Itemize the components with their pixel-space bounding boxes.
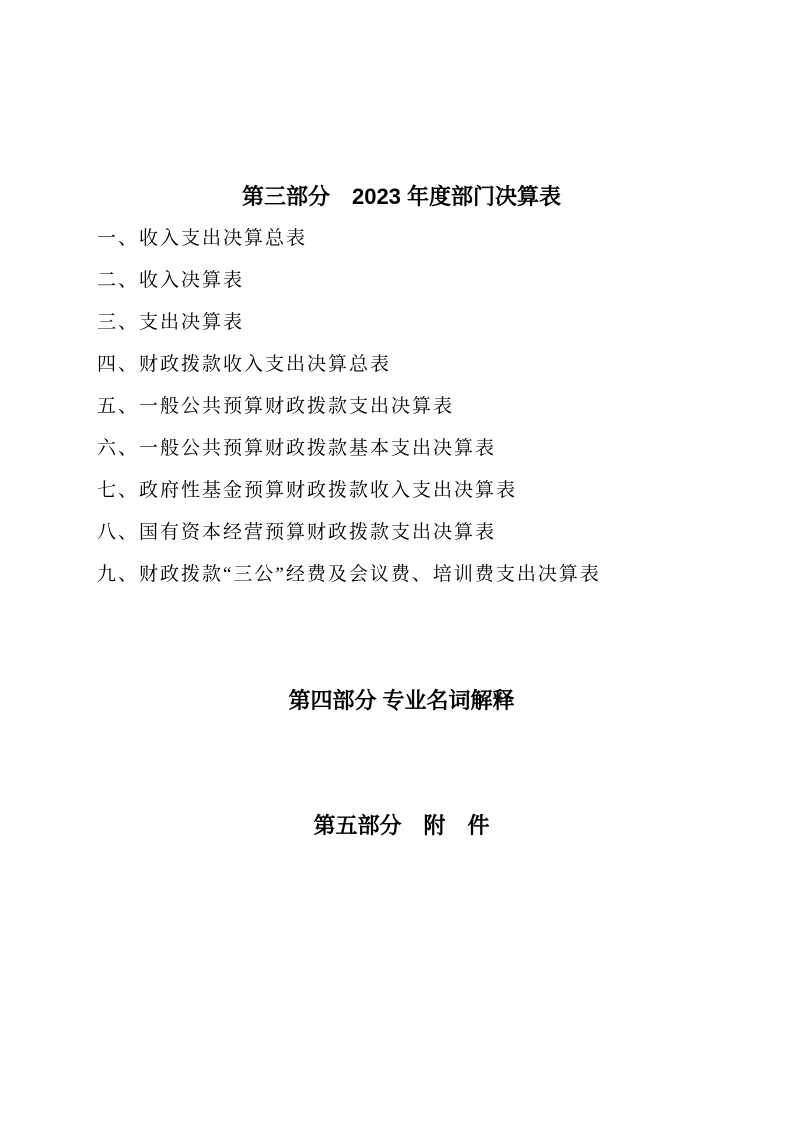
list-item-4: 四、财政拨款收入支出决算总表 <box>97 344 601 386</box>
list-item-9: 九、财政拨款“三公”经费及会议费、培训费支出决算表 <box>97 554 601 596</box>
part4-title: 第四部分 专业名词解释 <box>0 687 793 715</box>
part5-title: 第五部分 附 件 <box>0 812 793 840</box>
list-item-8: 八、国有资本经营预算财政拨款支出决算表 <box>97 512 601 554</box>
document-page: 第三部分 2023 年度部门决算表 一、收入支出决算总表 二、收入决算表 三、支… <box>0 0 793 1122</box>
part3-title: 第三部分 2023 年度部门决算表 <box>0 183 793 211</box>
list-item-3: 三、支出决算表 <box>97 302 601 344</box>
list-item-5: 五、一般公共预算财政拨款支出决算表 <box>97 386 601 428</box>
list-item-6: 六、一般公共预算财政拨款基本支出决算表 <box>97 428 601 470</box>
part3-table-list: 一、收入支出决算总表 二、收入决算表 三、支出决算表 四、财政拨款收入支出决算总… <box>97 218 601 596</box>
list-item-2: 二、收入决算表 <box>97 260 601 302</box>
list-item-1: 一、收入支出决算总表 <box>97 218 601 260</box>
list-item-7: 七、政府性基金预算财政拨款收入支出决算表 <box>97 470 601 512</box>
